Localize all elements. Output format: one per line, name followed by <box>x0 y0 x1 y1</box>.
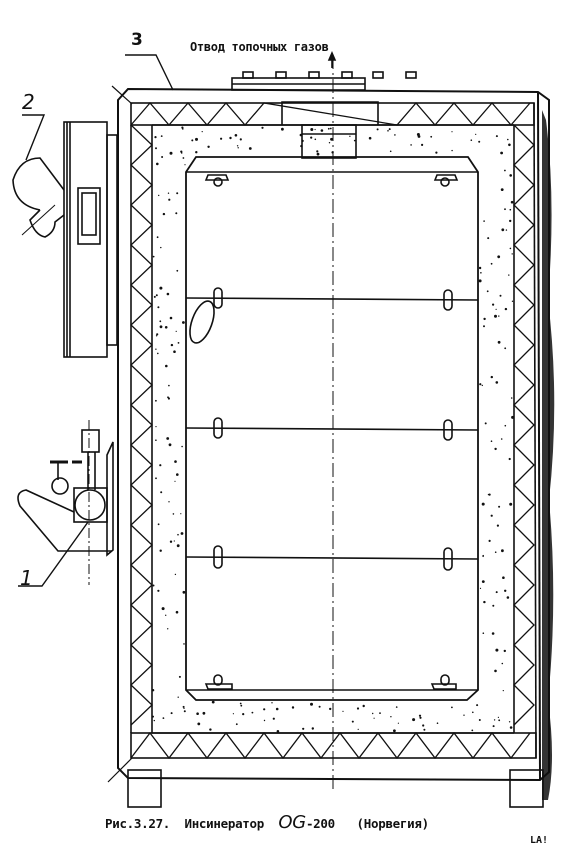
callout-1: 1 <box>20 566 33 590</box>
incinerator-drawing <box>0 0 582 860</box>
caption-model: OG <box>278 812 306 833</box>
exhaust-label: Отвод топочных газов <box>190 40 329 54</box>
callout-3: 3 <box>131 30 143 50</box>
corner-mark: LA! <box>530 835 548 846</box>
caption-model-number: -200 <box>306 816 335 831</box>
caption-prefix: Рис.3.27. <box>105 816 170 831</box>
figure-caption: Рис.3.27. Инсинератор OG-200 (Норвегия) <box>105 812 429 833</box>
caption-name: Инсинератор <box>184 816 263 831</box>
callout-2: 2 <box>22 90 35 114</box>
caption-country: (Норвегия) <box>357 816 429 831</box>
